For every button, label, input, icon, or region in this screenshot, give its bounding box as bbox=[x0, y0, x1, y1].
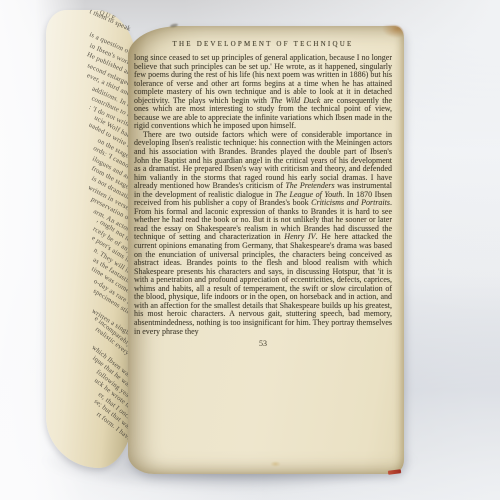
page-number: 53 bbox=[134, 339, 392, 348]
running-header: THE DEVELOPMENT OF TECHNIQUE bbox=[134, 40, 392, 48]
page-content: THE DEVELOPMENT OF TECHNIQUE long since … bbox=[134, 32, 392, 348]
right-page: THE DEVELOPMENT OF TECHNIQUE long since … bbox=[128, 26, 404, 474]
paragraph: There are two outside factors which were… bbox=[134, 131, 392, 336]
paragraph: long since ceased to set up principles o… bbox=[134, 54, 392, 131]
ink-smudge bbox=[170, 23, 178, 28]
page-stain bbox=[270, 461, 281, 467]
left-page-fragments: QUEt them to speakis a question ofin Ibs… bbox=[50, 15, 130, 445]
body-text: long since ceased to set up principles o… bbox=[134, 54, 392, 336]
